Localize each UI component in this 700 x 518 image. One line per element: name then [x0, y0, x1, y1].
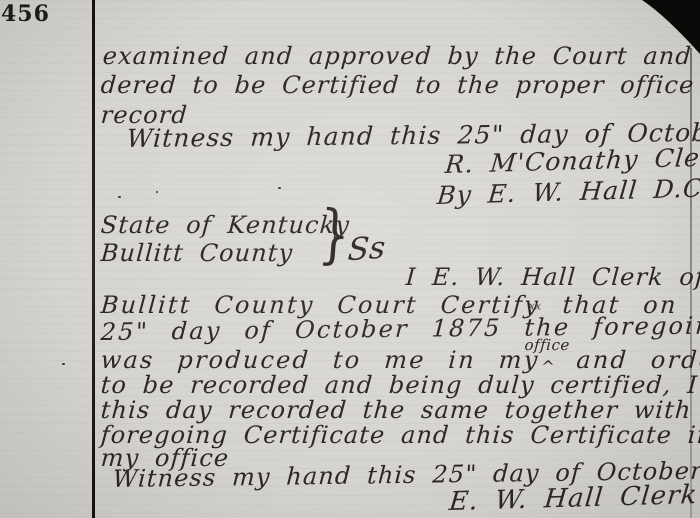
certificate-line-5: to be recorded and being duly certified,…: [100, 373, 700, 397]
deed-book-page-scan: 456 examined and approved by the Court a…: [0, 0, 700, 518]
county-caption-line: Bullitt County: [100, 241, 294, 265]
state-caption-line: State of Kentucky: [100, 213, 351, 237]
clerk-signature: R. M'Conathy Clerk: [444, 144, 700, 177]
handwriting-line-approval-1: examined and approved by the Court and o…: [102, 44, 700, 68]
deputy-clerk-signature: By E. W. Hall D.C.: [436, 175, 700, 208]
certificate-line-4: was produced to me in myoffice^ and orde…: [100, 348, 700, 372]
ink-speck: [156, 191, 158, 193]
correction-mark: xx: [528, 300, 541, 311]
ink-speck: [278, 187, 281, 189]
handwriting-line-approval-2: dered to be Certified to the proper offi…: [100, 73, 700, 97]
ink-speck: [118, 196, 121, 198]
certificate-line-3-start: 25" day of October 1875: [100, 314, 525, 346]
certificate-line-4-start: was produced to me in my: [100, 346, 541, 374]
clerk-signature-second: E. W. Hall Clerk: [448, 482, 699, 515]
certificate-line-6: this day recorded the same together with…: [100, 398, 700, 422]
certificate-line-3: 25" day of October 1875 xxthe foregoing …: [100, 312, 700, 344]
certificate-line-4-end: and ordered: [575, 346, 700, 374]
certificate-line-1: I E. W. Hall Clerk of the: [405, 265, 700, 289]
page-number: 456: [1, 1, 50, 27]
margin-rule-line: [92, 0, 95, 518]
certificate-line-3-end: foregoing deed: [570, 310, 700, 341]
scilicet-ss: Ss: [347, 230, 387, 269]
ink-speck: [62, 363, 65, 365]
